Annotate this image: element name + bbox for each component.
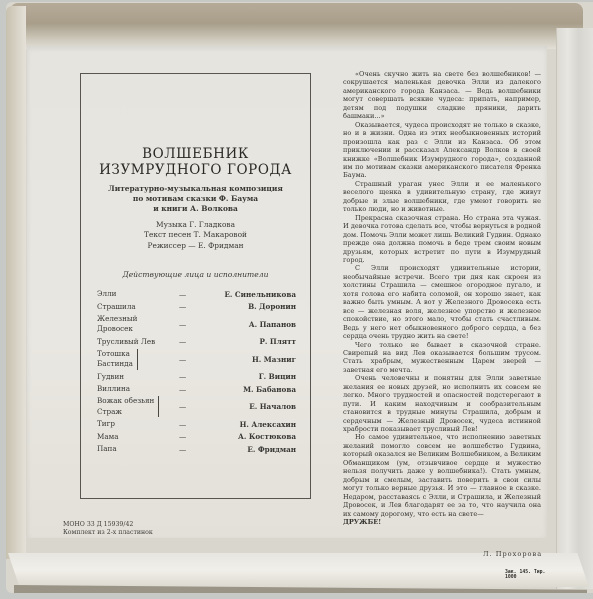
cast-dash: — [175, 372, 199, 381]
title-line-2: ИЗУМРУДНОГО ГОРОДА [81, 162, 310, 178]
essay-author: Л. Прохорова [483, 550, 542, 558]
cast-actor: М. Бабанова [199, 385, 296, 394]
cast-row: Виллина—М. Бабанова [97, 384, 296, 395]
cast-dash: — [175, 402, 199, 411]
print-info: Зак. 145. Тир. 1000 [505, 570, 547, 580]
cast-dash: — [175, 385, 199, 394]
title-frame: ВОЛШЕБНИК ИЗУМРУДНОГО ГОРОДА Литературно… [80, 73, 311, 499]
cast-row: Папа—Е. Фридман [97, 444, 296, 455]
cast-actor: Е. Синельникова [199, 290, 296, 299]
essay-paragraph: Но самое удивительное, что исполнению за… [343, 433, 541, 518]
cast-dash: — [175, 302, 199, 311]
credit-music: Музыка Г. Гладкова [81, 220, 310, 230]
essay-paragraph: «Очень скучно жить на свете без волшебни… [343, 70, 541, 121]
credit-director: Режиссер — Е. Фридман [81, 241, 310, 251]
cast-actor: Е. Фридман [199, 445, 296, 454]
cast-role: Страшила [97, 302, 175, 313]
cast-heading: Действующие лица и исполнители [81, 270, 310, 279]
cast-actor: Н. Мазниг [199, 355, 296, 364]
credits: Музыка Г. Гладкова Текст песен Т. Макаро… [81, 220, 310, 251]
essay-paragraph: Прекрасна сказочная страна. Но страна эт… [343, 214, 541, 265]
album-subtitle: Литературно-музыкальная композиция по мо… [81, 184, 310, 214]
catalog-info: МОНО 33 Д 15939/42 Комплект из 2-х пласт… [63, 521, 153, 538]
cast-dash: — [175, 355, 199, 364]
album-box-photo: ВОЛШЕБНИК ИЗУМРУДНОГО ГОРОДА Литературно… [0, 0, 593, 599]
cast-row: Страшила—В. Доронин [97, 301, 296, 312]
cast-row: Трусливый Лев—Р. Плятт [97, 336, 296, 347]
catalog-number: МОНО 33 Д 15939/42 [63, 521, 153, 529]
cast-actor: Р. Плятт [199, 337, 296, 346]
cast-role: Гудвин [97, 372, 175, 383]
cast-dash: — [175, 320, 199, 329]
essay-paragraph: Страшный ураган унес Элли и ее маленьког… [343, 180, 541, 214]
cast-role: Папа [97, 444, 175, 455]
cast-list: Элли—Е. СинельниковаСтрашила—В. ДоронинЖ… [97, 289, 296, 455]
set-description: Комплект из 2-х пластинок [63, 529, 153, 537]
cast-dash: — [175, 337, 199, 346]
subtitle-line-3: и книги А. Волкова [81, 204, 310, 214]
cast-role: Тигр [97, 419, 175, 430]
cast-actor: В. Доронин [199, 302, 296, 311]
album-title: ВОЛШЕБНИК ИЗУМРУДНОГО ГОРОДА [81, 146, 310, 178]
cast-row: Элли—Е. Синельникова [97, 289, 296, 300]
cast-role: Мама [97, 432, 175, 443]
essay-paragraph: Оказывается, чудеса происходят не только… [343, 121, 541, 180]
cast-actor: А. Папанов [199, 320, 296, 329]
cast-role: Элли [97, 289, 175, 300]
cast-role: Железный Дровосек [97, 314, 175, 335]
cast-dash: — [175, 445, 199, 454]
cast-row: Гудвин—Г. Вицин [97, 371, 296, 382]
cast-role: Трусливый Лев [97, 337, 175, 348]
cast-dash: — [175, 290, 199, 299]
back-cover-sheet: ВОЛШЕБНИК ИЗУМРУДНОГО ГОРОДА Литературно… [27, 46, 547, 538]
cast-row: Тигр—Н. Алексахин [97, 419, 296, 430]
cast-actor: Е. Началов [199, 402, 296, 411]
credit-lyrics: Текст песен Т. Макаровой [81, 230, 310, 240]
subtitle-line-1: Литературно-музыкальная композиция [81, 184, 310, 194]
cast-dash: — [175, 432, 199, 441]
liner-notes: «Очень скучно жить на свете без волшебни… [343, 70, 541, 526]
essay-ending: ДРУЖБЕ! [343, 518, 541, 526]
subtitle-line-2: по мотивам сказки Ф. Баума [81, 194, 310, 204]
cast-actor: А. Костюкова [199, 432, 296, 441]
essay-paragraph: Чего только не бывает в сказочной стране… [343, 341, 541, 375]
cast-role: ТотошкаБастинда [97, 349, 138, 370]
cast-row: Мама—А. Костюкова [97, 431, 296, 442]
cast-row: Железный Дровосек—А. Папанов [97, 314, 296, 335]
cast-role: Виллина [97, 384, 175, 395]
box-top-flap [10, 3, 583, 49]
cast-role: Вожак обезьянСтраж [97, 396, 159, 417]
cast-dash: — [175, 420, 199, 429]
cast-row: Вожак обезьянСтраж—Е. Началов [97, 396, 296, 417]
box-bottom-flap [8, 553, 589, 587]
essay-paragraph: С Элли происходят удивительные истории, … [343, 264, 541, 340]
cast-actor: Н. Алексахин [199, 420, 296, 429]
box-right-flap [556, 28, 593, 589]
cast-row: ТотошкаБастинда—Н. Мазниг [97, 349, 296, 370]
essay-paragraph: Очень человечны и понятны для Элли завет… [343, 374, 541, 433]
cast-actor: Г. Вицин [199, 372, 296, 381]
box-left-flap [6, 6, 26, 559]
title-line-1: ВОЛШЕБНИК [81, 146, 310, 162]
